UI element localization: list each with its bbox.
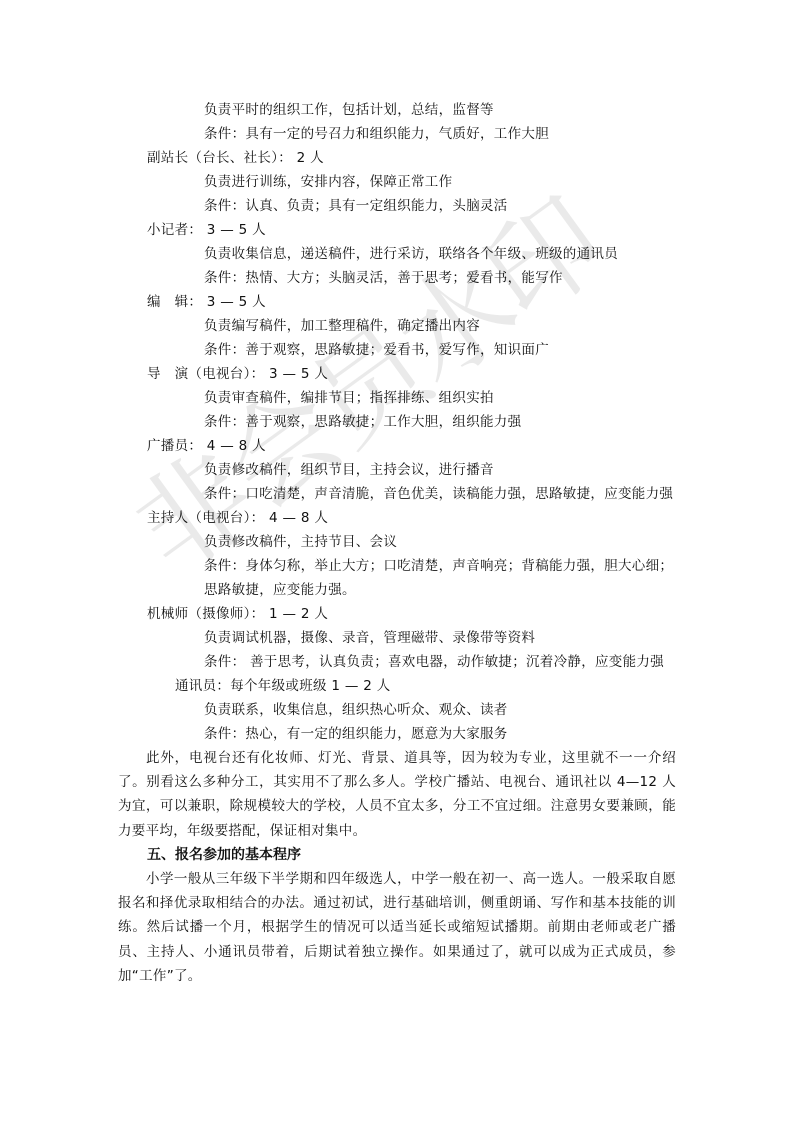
role-desc-line: 负责进行训练，安排内容，保障正常工作 [204,170,452,194]
staffing-paragraph: 此外，电视台还有化妆师、灯光、背景、道具等，因为较为专业，这里就不一一介绍了。别… [118,746,676,843]
role-title-host: 主持人（电视台）： 4 — 8 人 [147,506,328,530]
role-desc-line: 负责平时的组织工作，包括计划，总结，监督等 [204,98,494,122]
role-condition-line-cont: 思路敏捷，应变能力强。 [204,578,356,602]
role-desc-line: 负责联系，收集信息，组织热心听众、观众、读者 [204,698,508,722]
role-condition-line: 条件： 善于思考，认真负责；喜欢电器，动作敏捷；沉着冷静，应变能力强 [204,650,664,674]
role-condition-line: 条件：善于观察，思路敏捷；爱看书，爱写作，知识面广 [204,338,549,362]
role-title-editor: 编 辑： 3 — 5 人 [147,290,266,314]
section-heading: 五、报名参加的基本程序 [147,843,301,867]
role-condition-line: 条件：热心，有一定的组织能力，愿意为大家服务 [204,722,508,746]
role-condition-line: 条件：热情、大方；头脑灵活，善于思考；爱看书，能写作 [204,266,563,290]
role-desc-line: 负责修改稿件，组织节目，主持会议，进行播音 [204,458,494,482]
role-title-broadcaster: 广播员： 4 — 8 人 [147,434,266,458]
role-title-correspondent: 通讯员：每个年级或班级 1 — 2 人 [175,674,391,698]
role-condition-line: 条件：认真、负责；具有一定组织能力，头脑灵活 [204,194,508,218]
role-title-cameraman: 机械师（摄像师）： 1 — 2 人 [147,602,328,626]
role-desc-line: 负责审查稿件，编排节目；指挥排练、组织实拍 [204,386,494,410]
role-condition-line: 条件：口吃清楚，声音清脆，音色优美，读稿能力强，思路敏捷，应变能力强 [204,482,673,506]
role-condition-line: 条件：身体匀称，举止大方；口吃清楚，声音响亮；背稿能力强，胆大心细； [204,554,673,578]
section-paragraph: 小学一般从三年级下半学期和四年级选人，中学一般在初一、高一选人。一般采取自愿报名… [118,867,676,988]
role-title-reporter: 小记者： 3 — 5 人 [147,218,266,242]
role-condition-line: 条件：具有一定的号召力和组织能力，气质好，工作大胆 [204,122,549,146]
role-desc-line: 负责编写稿件，加工整理稿件，确定播出内容 [204,314,480,338]
role-title-deputy-director: 副站长（台长、社长）： 2 人 [147,146,324,170]
role-condition-line: 条件：善于观察，思路敏捷；工作大胆，组织能力强 [204,410,521,434]
role-title-director: 导 演（电视台）： 3 — 5 人 [147,362,328,386]
document-page: 非会员水印 负责平时的组织工作，包括计划，总结，监督等 条件：具有一定的号召力和… [0,0,793,1122]
role-desc-line: 负责修改稿件，主持节目、会议 [204,530,397,554]
role-desc-line: 负责调试机器，摄像、录音，管理磁带、录像带等资料 [204,626,535,650]
role-desc-line: 负责收集信息，递送稿件，进行采访，联络各个年级、班级的通讯员 [204,242,618,266]
